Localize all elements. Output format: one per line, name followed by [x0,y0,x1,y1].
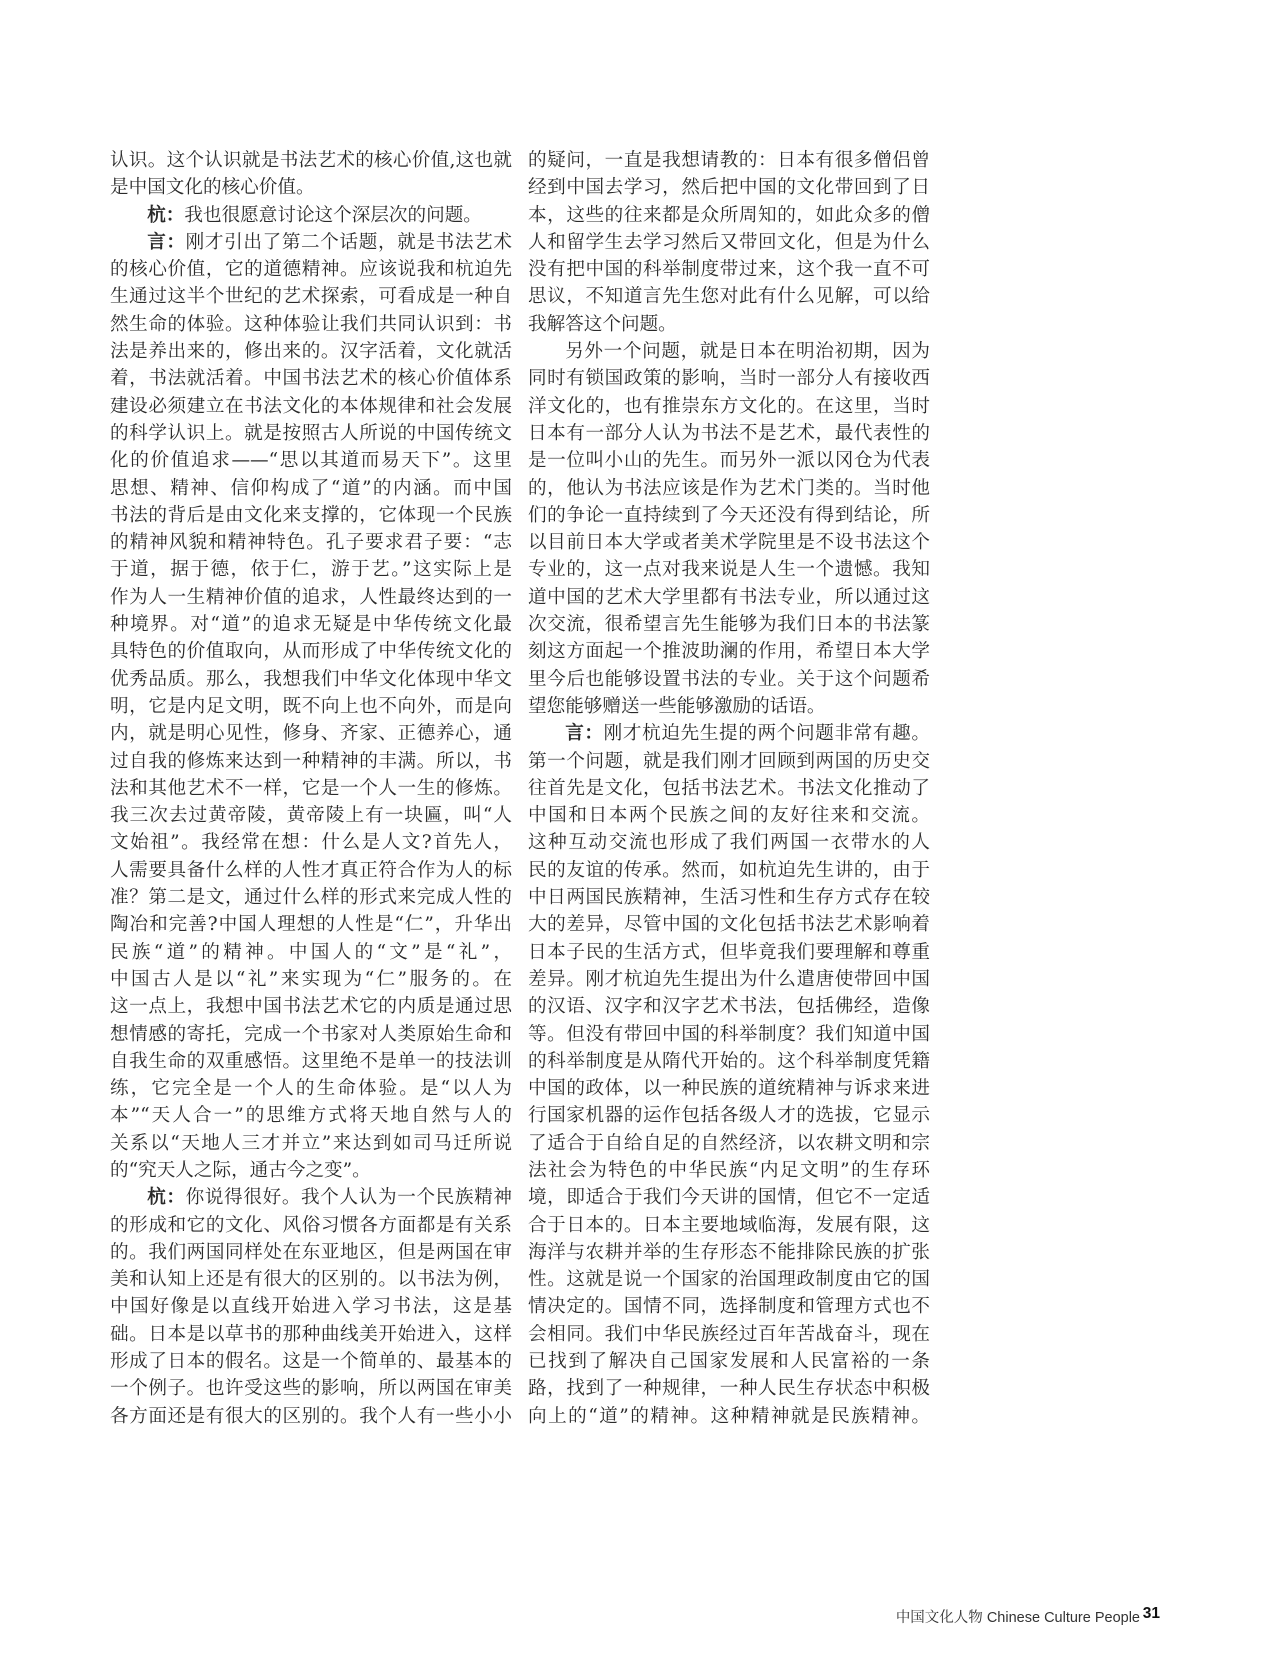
page-footer: 中国文化人物 Chinese Culture People 31 [0,1606,1270,1626]
line-text: 中国好像是以直线开始进入学习书法，这是基 [110,1296,512,1317]
line-text: 的，他认为书法应该是作为艺术门类的。当时他 [528,478,930,499]
line-text: 往首先是文化，包括书法艺术。书法文化推动了 [528,778,930,799]
text-line: 杭：我也很愿意讨论这个深层次的问题。 [110,202,512,229]
text-line: 人和留学生去学习然后又带回文化，但是为什么 [528,229,930,256]
text-line: 望您能够赠送一些能够激励的话语。 [528,693,930,720]
line-text: 着，书法就活着。中国书法艺术的核心价值体系 [110,368,512,389]
text-line: 性。这就是说一个国家的治国理政制度由它的国 [528,1266,930,1293]
text-line: 中国的政体，以一种民族的道统精神与诉求来进 [528,1075,930,1102]
line-text: 认识。这个认识就是书法艺术的核心价值,这也就 [110,150,512,171]
text-line: 化的价值追求——“思以其道而易天下”。这里 [110,447,512,474]
line-text: 刚才引出了第二个话题，就是书法艺术 [186,232,512,253]
text-line: 同时有锁国政策的影响，当时一部分人有接收西 [528,365,930,392]
line-text: 民族“道”的精神。中国人的“文”是“礼”， [110,942,512,963]
text-line: 海洋与农耕并举的生存形态不能排除民族的扩张 [528,1239,930,1266]
text-line: 已找到了解决自己国家发展和人民富裕的一条 [528,1348,930,1375]
text-line: 于道，据于德，依于仁，游于艺。”这实际上是 [110,556,512,583]
magazine-page: 认识。这个认识就是书法艺术的核心价值,这也就是中国文化的核心价值。杭：我也很愿意… [0,0,1270,1654]
line-text: 思想、精神、信仰构成了“道”的内涵。而中国 [110,478,512,499]
text-line: 民族“道”的精神。中国人的“文”是“礼”， [110,939,512,966]
line-text: 经到中国去学习，然后把中国的文化带回到了日 [528,177,930,198]
text-line: 我解答这个问题。 [528,311,930,338]
text-line: 会相同。我们中华民族经过百年苦战奋斗，现在 [528,1321,930,1348]
text-line: 言：刚才引出了第二个话题，就是书法艺术 [110,229,512,256]
line-text: 陶冶和完善?中国人理想的人性是“仁”，升华出 [110,914,512,935]
text-line: 大的差异，尽管中国的文化包括书法艺术影响着 [528,911,930,938]
text-line: 的科举制度是从隋代开始的。这个科举制度凭籍 [528,1048,930,1075]
line-text: 各方面还是有很大的区别的。我个人有一些小小 [110,1406,512,1427]
text-line: 杭：你说得很好。我个人认为一个民族精神 [110,1184,512,1211]
line-text: 形成了日本的假名。这是一个简单的、最基本的 [110,1351,512,1372]
text-line: 建设必须建立在书法文化的本体规律和社会发展 [110,393,512,420]
line-text: 第一个问题，就是我们刚才回顾到两国的历史交 [528,751,930,772]
text-line: 境，即适合于我们今天讲的国情，但它不一定适 [528,1184,930,1211]
text-line: 思议，不知道言先生您对此有什么见解，可以给 [528,283,930,310]
text-line: 认识。这个认识就是书法艺术的核心价值,这也就 [110,147,512,174]
line-text: 中国古人是以“礼”来实现为“仁”服务的。在 [110,969,512,990]
line-text: 然生命的体验。这种体验让我们共同认识到：书 [110,314,512,335]
line-text: 性。这就是说一个国家的治国理政制度由它的国 [528,1269,930,1290]
line-text: 我也很愿意讨论这个深层次的问题。 [184,205,482,226]
line-text: 们的争论一直持续到了今天还没有得到结论，所 [528,505,930,526]
line-text: 关系以“天地人三才并立”来达到如司马迁所说 [110,1133,512,1154]
text-line: 本，这些的往来都是众所周知的，如此众多的僧 [528,202,930,229]
text-line: 本”“天人合一”的思维方式将天地自然与人的 [110,1102,512,1129]
line-text: 本，这些的往来都是众所周知的，如此众多的僧 [528,205,930,226]
text-line: 陶冶和完善?中国人理想的人性是“仁”，升华出 [110,911,512,938]
text-line: 然生命的体验。这种体验让我们共同认识到：书 [110,311,512,338]
text-line: 的科学认识上。就是按照古人所说的中国传统文 [110,420,512,447]
text-line: 中国好像是以直线开始进入学习书法，这是基 [110,1293,512,1320]
line-text: 会相同。我们中华民族经过百年苦战奋斗，现在 [528,1324,930,1345]
speaker-label: 言： [147,232,185,253]
line-text: 种境界。对“道”的追求无疑是中华传统文化最 [110,614,512,635]
text-line: 的汉语、汉字和汉字艺术书法，包括佛经，造像 [528,993,930,1020]
line-text: 础。日本是以草书的那种曲线美开始进入，这样 [110,1324,512,1345]
line-text: 建设必须建立在书法文化的本体规律和社会发展 [110,396,512,417]
text-line: 生通过这半个世纪的艺术探索，可看成是一种自 [110,283,512,310]
line-text: 刚才杭迫先生提的两个问题非常有趣。 [604,723,930,744]
text-line: 这一点上，我想中国书法艺术它的内质是通过思 [110,993,512,1020]
text-line: 行国家机器的运作包括各级人才的选拔，它显示 [528,1102,930,1129]
text-line: 经到中国去学习，然后把中国的文化带回到了日 [528,174,930,201]
line-text: 练，它完全是一个人的生命体验。是“以人为 [110,1078,512,1099]
text-line: 刻这方面起一个推波助澜的作用，希望日本大学 [528,638,930,665]
text-line: 日本子民的生活方式，但毕竟我们要理解和尊重 [528,939,930,966]
text-line: 想情感的寄托，完成一个书家对人类原始生命和 [110,1021,512,1048]
line-text: 海洋与农耕并举的生存形态不能排除民族的扩张 [528,1242,930,1263]
line-text: 内，就是明心见性，修身、齐家、正德养心，通 [110,723,512,744]
text-line: 是一位叫小山的先生。而另外一派以冈仓为代表 [528,447,930,474]
text-line: 差异。刚才杭迫先生提出为什么遣唐使带回中国 [528,966,930,993]
line-text: 书法的背后是由文化来支撑的，它体现一个民族 [110,505,512,526]
line-text: 的。我们两国同样处在东亚地区，但是两国在审 [110,1242,512,1263]
text-line: 民的友谊的传承。然而，如杭迫先生讲的，由于 [528,857,930,884]
text-line: 内，就是明心见性，修身、齐家、正德养心，通 [110,720,512,747]
line-text: 向上的“道”的精神。这种精神就是民族精神。 [528,1406,930,1427]
text-line: 中日两国民族精神，生活习性和生存方式存在较 [528,884,930,911]
line-text: 于道，据于德，依于仁，游于艺。”这实际上是 [110,559,512,580]
text-line: 一个例子。也许受这些的影响，所以两国在审美 [110,1375,512,1402]
line-text: 等。但没有带回中国的科举制度？我们知道中国 [528,1024,930,1045]
line-text: 化的价值追求——“思以其道而易天下”。这里 [110,450,512,471]
text-line: 作为人一生精神价值的追求，人性最终达到的一 [110,584,512,611]
text-line: 专业的，这一点对我来说是人生一个遗憾。我知 [528,556,930,583]
line-text: 人需要具备什么样的人性才真正符合作为人的标 [110,860,512,881]
line-text: 法是养出来的，修出来的。汉字活着，文化就活 [110,341,512,362]
line-text: 生通过这半个世纪的艺术探索，可看成是一种自 [110,286,512,307]
text-line: 日本有一部分人认为书法不是艺术，最代表性的 [528,420,930,447]
line-text: 里今后也能够设置书法的专业。关于这个问题希 [528,669,930,690]
line-text: 大的差异，尽管中国的文化包括书法艺术影响着 [528,914,930,935]
text-line: 次交流，很希望言先生能够为我们日本的书法篆 [528,611,930,638]
line-text: 本”“天人合一”的思维方式将天地自然与人的 [110,1105,512,1126]
line-text: 中国和日本两个民族之间的友好往来和交流。 [528,805,930,826]
line-text: 法和其他艺术不一样，它是一个人一生的修炼。 [110,778,512,799]
text-line: 的精神风貌和精神特色。孔子要求君子要：“志 [110,529,512,556]
text-line: 优秀品质。那么，我想我们中华文化体现中华文 [110,666,512,693]
text-line: 关系以“天地人三才并立”来达到如司马迁所说 [110,1130,512,1157]
text-line: 的“究天人之际，通古今之变”。 [110,1157,512,1184]
text-line: 文始祖”。我经常在想：什么是人文?首先人， [110,829,512,856]
line-text: 境，即适合于我们今天讲的国情，但它不一定适 [528,1187,930,1208]
text-line: 美和认知上还是有很大的区别的。以书法为例， [110,1266,512,1293]
speaker-label: 杭： [147,1187,185,1208]
line-text: 美和认知上还是有很大的区别的。以书法为例， [110,1269,512,1290]
line-text: 同时有锁国政策的影响，当时一部分人有接收西 [528,368,930,389]
page-number: 31 [1143,1605,1160,1623]
line-text: 法社会为特色的中华民族“内足文明”的生存环 [528,1160,930,1181]
line-text: 这种互动交流也形成了我们两国一衣带水的人 [528,832,930,853]
line-text: 一个例子。也许受这些的影响，所以两国在审美 [110,1378,512,1399]
text-line: 路，找到了一种规律，一种人民生存状态中积极 [528,1375,930,1402]
text-line: 准？第二是文，通过什么样的形式来完成人性的 [110,884,512,911]
line-text: 情决定的。国情不同，选择制度和管理方式也不 [528,1296,930,1317]
text-line: 情决定的。国情不同，选择制度和管理方式也不 [528,1293,930,1320]
line-text: 明，它是内足文明，既不向上也不向外，而是向 [110,696,512,717]
line-text: 日本有一部分人认为书法不是艺术，最代表性的 [528,423,930,444]
line-text: 差异。刚才杭迫先生提出为什么遣唐使带回中国 [528,969,930,990]
text-line: 着，书法就活着。中国书法艺术的核心价值体系 [110,365,512,392]
line-text: 的形成和它的文化、风俗习惯各方面都是有关系 [110,1215,512,1236]
text-line: 形成了日本的假名。这是一个简单的、最基本的 [110,1348,512,1375]
line-text: 是中国文化的核心价值。 [110,177,315,198]
line-text: 已找到了解决自己国家发展和人民富裕的一条 [528,1351,930,1372]
line-text: 以目前日本大学或者美术学院里是不设书法这个 [528,532,930,553]
line-text: 没有把中国的科举制度带过来，这个我一直不可 [528,259,930,280]
left-column: 认识。这个认识就是书法艺术的核心价值,这也就是中国文化的核心价值。杭：我也很愿意… [110,147,512,1430]
text-line: 的。我们两国同样处在东亚地区，但是两国在审 [110,1239,512,1266]
text-line: 础。日本是以草书的那种曲线美开始进入，这样 [110,1321,512,1348]
text-line: 法和其他艺术不一样，它是一个人一生的修炼。 [110,775,512,802]
text-line: 的形成和它的文化、风俗习惯各方面都是有关系 [110,1212,512,1239]
line-text: 路，找到了一种规律，一种人民生存状态中积极 [528,1378,930,1399]
line-text: 中国的政体，以一种民族的道统精神与诉求来进 [528,1078,930,1099]
line-text: 的“究天人之际，通古今之变”。 [110,1160,371,1181]
text-line: 法是养出来的，修出来的。汉字活着，文化就活 [110,338,512,365]
text-line: 了适合于自给自足的自然经济，以农耕文明和宗 [528,1130,930,1157]
text-line: 是中国文化的核心价值。 [110,174,512,201]
line-text: 专业的，这一点对我来说是人生一个遗憾。我知 [528,559,930,580]
text-line: 洋文化的，也有推崇东方文化的。在这里，当时 [528,393,930,420]
line-text: 的疑问，一直是我想请教的：日本有很多僧侣曾 [528,150,930,171]
text-line: 的核心价值，它的道德精神。应该说我和杭迫先 [110,256,512,283]
line-text: 中日两国民族精神，生活习性和生存方式存在较 [528,887,930,908]
line-text: 道中国的艺术大学里都有书法专业，所以通过这 [528,587,930,608]
text-line: 向上的“道”的精神。这种精神就是民族精神。 [528,1403,930,1430]
line-text: 的科学认识上。就是按照古人所说的中国传统文 [110,423,512,444]
line-text: 行国家机器的运作包括各级人才的选拔，它显示 [528,1105,930,1126]
line-text: 具特色的价值取向，从而形成了中华传统文化的 [110,641,512,662]
speaker-label: 杭： [147,205,184,226]
line-text: 你说得很好。我个人认为一个民族精神 [186,1187,512,1208]
text-line: 第一个问题，就是我们刚才回顾到两国的历史交 [528,748,930,775]
text-line: 以目前日本大学或者美术学院里是不设书法这个 [528,529,930,556]
speaker-label: 言： [565,723,603,744]
line-text: 的精神风貌和精神特色。孔子要求君子要：“志 [110,532,512,553]
text-line: 言：刚才杭迫先生提的两个问题非常有趣。 [528,720,930,747]
line-text: 刻这方面起一个推波助澜的作用，希望日本大学 [528,641,930,662]
text-line: 思想、精神、信仰构成了“道”的内涵。而中国 [110,475,512,502]
line-text: 这一点上，我想中国书法艺术它的内质是通过思 [110,996,512,1017]
text-line: 中国古人是以“礼”来实现为“仁”服务的。在 [110,966,512,993]
line-text: 人和留学生去学习然后又带回文化，但是为什么 [528,232,930,253]
line-text: 作为人一生精神价值的追求，人性最终达到的一 [110,587,512,608]
text-line: 另外一个问题，就是日本在明治初期，因为 [528,338,930,365]
line-text: 我三次去过黄帝陵，黄帝陵上有一块匾，叫“人 [110,805,512,826]
text-line: 书法的背后是由文化来支撑的，它体现一个民族 [110,502,512,529]
text-line: 这种互动交流也形成了我们两国一衣带水的人 [528,829,930,856]
text-line: 们的争论一直持续到了今天还没有得到结论，所 [528,502,930,529]
text-line: 道中国的艺术大学里都有书法专业，所以通过这 [528,584,930,611]
line-text: 的科举制度是从隋代开始的。这个科举制度凭籍 [528,1051,930,1072]
text-line: 合于日本的。日本主要地域临海，发展有限，这 [528,1212,930,1239]
text-line: 我三次去过黄帝陵，黄帝陵上有一块匾，叫“人 [110,802,512,829]
line-text: 思议，不知道言先生您对此有什么见解，可以给 [528,286,930,307]
text-line: 过自我的修炼来达到一种精神的丰满。所以，书 [110,748,512,775]
text-line: 自我生命的双重感悟。这里绝不是单一的技法训 [110,1048,512,1075]
line-text: 的核心价值，它的道德精神。应该说我和杭迫先 [110,259,512,280]
text-line: 种境界。对“道”的追求无疑是中华传统文化最 [110,611,512,638]
line-text: 民的友谊的传承。然而，如杭迫先生讲的，由于 [528,860,930,881]
text-line: 练，它完全是一个人的生命体验。是“以人为 [110,1075,512,1102]
text-line: 各方面还是有很大的区别的。我个人有一些小小 [110,1403,512,1430]
line-text: 了适合于自给自足的自然经济，以农耕文明和宗 [528,1133,930,1154]
text-line: 往首先是文化，包括书法艺术。书法文化推动了 [528,775,930,802]
line-text: 过自我的修炼来达到一种精神的丰满。所以，书 [110,751,512,772]
line-text: 的汉语、汉字和汉字艺术书法，包括佛经，造像 [528,996,930,1017]
line-text: 我解答这个问题。 [528,314,677,335]
text-line: 等。但没有带回中国的科举制度？我们知道中国 [528,1021,930,1048]
text-line: 具特色的价值取向，从而形成了中华传统文化的 [110,638,512,665]
text-line: 没有把中国的科举制度带过来，这个我一直不可 [528,256,930,283]
line-text: 望您能够赠送一些能够激励的话语。 [528,696,826,717]
line-text: 想情感的寄托，完成一个书家对人类原始生命和 [110,1024,512,1045]
text-line: 的，他认为书法应该是作为艺术门类的。当时他 [528,475,930,502]
line-text: 准？第二是文，通过什么样的形式来完成人性的 [110,887,512,908]
line-text: 次交流，很希望言先生能够为我们日本的书法篆 [528,614,930,635]
line-text: 是一位叫小山的先生。而另外一派以冈仓为代表 [528,450,930,471]
line-text: 文始祖”。我经常在想：什么是人文?首先人， [110,832,512,853]
publication-name: 中国文化人物 Chinese Culture People [896,1606,1140,1627]
line-text: 另外一个问题，就是日本在明治初期，因为 [565,341,930,362]
text-line: 里今后也能够设置书法的专业。关于这个问题希 [528,666,930,693]
line-text: 洋文化的，也有推崇东方文化的。在这里，当时 [528,396,930,417]
text-line: 法社会为特色的中华民族“内足文明”的生存环 [528,1157,930,1184]
text-line: 人需要具备什么样的人性才真正符合作为人的标 [110,857,512,884]
right-column: 的疑问，一直是我想请教的：日本有很多僧侣曾经到中国去学习，然后把中国的文化带回到… [528,147,930,1430]
line-text: 自我生命的双重感悟。这里绝不是单一的技法训 [110,1051,512,1072]
line-text: 日本子民的生活方式，但毕竟我们要理解和尊重 [528,942,930,963]
line-text: 优秀品质。那么，我想我们中华文化体现中华文 [110,669,512,690]
text-line: 中国和日本两个民族之间的友好往来和交流。 [528,802,930,829]
text-line: 的疑问，一直是我想请教的：日本有很多僧侣曾 [528,147,930,174]
text-line: 明，它是内足文明，既不向上也不向外，而是向 [110,693,512,720]
line-text: 合于日本的。日本主要地域临海，发展有限，这 [528,1215,930,1236]
